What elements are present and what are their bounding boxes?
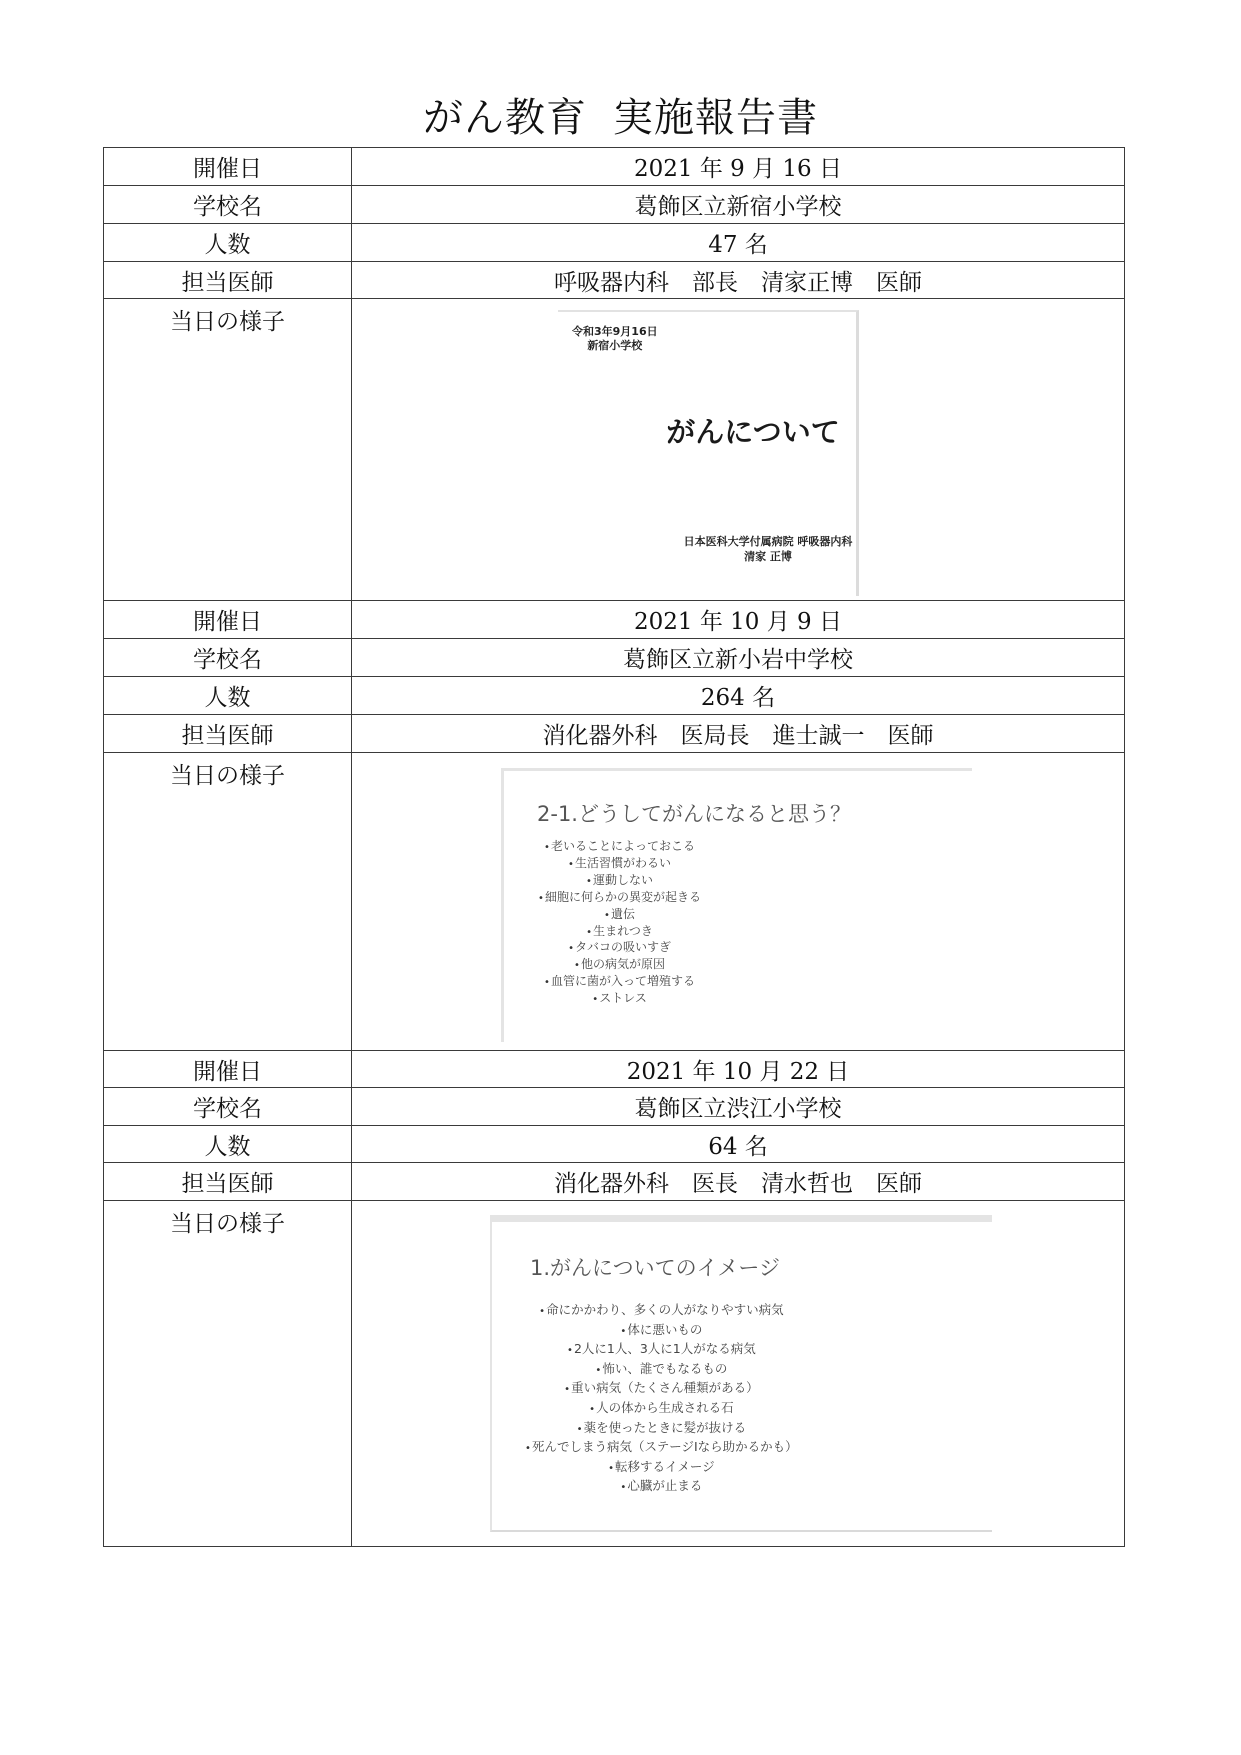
report-2-count: 264 名 [352,677,1125,715]
report-3-school: 葛飾区立渋江小学校 [352,1088,1125,1126]
slide-image-title: 令和3年9月16日 新宿小学校 がんについて 日本医科大学付属病院 呼吸器内科 … [558,310,859,596]
slide-bullet: 転移するイメージ [524,1458,798,1478]
slide-bullet: 細胞に何らかの異変が起きる [537,890,701,907]
slide-bullet: タバコの吸いすぎ [537,940,701,957]
label-count: 人数 [104,1126,352,1163]
report-2-doctor: 消化器外科 医局長 進士誠一 医師 [352,715,1125,753]
report-1-scene: 令和3年9月16日 新宿小学校 がんについて 日本医科大学付属病院 呼吸器内科 … [352,299,1125,601]
report-2-date-row: 開催日 2021 年 10 月 9 日 [104,601,1125,639]
report-1-scene-row: 当日の様子 令和3年9月16日 新宿小学校 がんについて 日本医科大学付属病院 … [104,299,1125,601]
slide-bullet: 重い病気（たくさん種類がある） [524,1379,798,1399]
report-3-doctor-row: 担当医師 消化器外科 医長 清水哲也 医師 [104,1163,1125,1201]
report-1-doctor-row: 担当医師 呼吸器内科 部長 清家正博 医師 [104,262,1125,299]
report-3-scene-row: 当日の様子 1.がんについてのイメージ 命にかかわり、多くの人がなりやすい病気 … [104,1201,1125,1547]
slide-affiliation: 日本医科大学付属病院 呼吸器内科 [628,534,908,549]
report-3-count-row: 人数 64 名 [104,1126,1125,1163]
slide-bullet: 生活習慣がわるい [537,856,701,873]
report-1-school: 葛飾区立新宿小学校 [352,186,1125,224]
report-2-school-row: 学校名 葛飾区立新小岩中学校 [104,639,1125,677]
slide-presenter: 清家 正博 [628,549,908,564]
report-2-school: 葛飾区立新小岩中学校 [352,639,1125,677]
report-3-school-row: 学校名 葛飾区立渋江小学校 [104,1088,1125,1126]
label-doctor: 担当医師 [104,262,352,299]
slide-bullet-list: 命にかかわり、多くの人がなりやすい病気 体に悪いもの 2人に1人、3人に1人がな… [524,1301,798,1497]
label-scene: 当日の様子 [104,299,352,601]
report-1-date-row: 開催日 2021 年 9 月 16 日 [104,148,1125,186]
report-1-doctor: 呼吸器内科 部長 清家正博 医師 [352,262,1125,299]
slide-bullet: 体に悪いもの [524,1321,798,1341]
label-date: 開催日 [104,601,352,639]
slide-heading: がんについて [558,410,858,451]
slide-bullet: 人の体から生成される石 [524,1399,798,1419]
label-count: 人数 [104,677,352,715]
report-3-date: 2021 年 10 月 22 日 [352,1051,1125,1088]
label-doctor: 担当医師 [104,1163,352,1201]
slide-bullet: 老いることによっておこる [537,839,701,856]
report-2-scene-row: 当日の様子 2-1.どうしてがんになると思う？ 老いることによっておこる 生活習… [104,753,1125,1051]
report-3-doctor: 消化器外科 医長 清水哲也 医師 [352,1163,1125,1201]
report-2-count-row: 人数 264 名 [104,677,1125,715]
slide-heading: 2-1.どうしてがんになると思う？ [537,798,851,828]
slide-bullet: 心臓が止まる [524,1477,798,1497]
report-3-scene: 1.がんについてのイメージ 命にかかわり、多くの人がなりやすい病気 体に悪いもの… [352,1201,1125,1547]
report-2-date: 2021 年 10 月 9 日 [352,601,1125,639]
slide-bullet: 運動しない [537,873,701,890]
report-2-doctor-row: 担当医師 消化器外科 医局長 進士誠一 医師 [104,715,1125,753]
label-school: 学校名 [104,639,352,677]
report-3-date-row: 開催日 2021 年 10 月 22 日 [104,1051,1125,1088]
report-2-scene: 2-1.どうしてがんになると思う？ 老いることによっておこる 生活習慣がわるい … [352,753,1125,1051]
slide-bullet: 死んでしまう病気（ステージⅠなら助かるかも） [524,1438,798,1458]
label-doctor: 担当医師 [104,715,352,753]
slide-bullet: 怖い、誰でもなるもの [524,1360,798,1380]
slide-image-causes: 2-1.どうしてがんになると思う？ 老いることによっておこる 生活習慣がわるい … [501,768,972,1042]
report-1-school-row: 学校名 葛飾区立新宿小学校 [104,186,1125,224]
label-scene: 当日の様子 [104,1201,352,1547]
slide-bullet: 血管に菌が入って増殖する [537,974,701,991]
page-title: がん教育実施報告書 [0,86,1241,143]
label-count: 人数 [104,224,352,262]
slide-bullet: 生まれつき [537,924,701,941]
slide-bullet: 遺伝 [537,907,701,924]
label-school: 学校名 [104,1088,352,1126]
label-date: 開催日 [104,148,352,186]
label-scene: 当日の様子 [104,753,352,1051]
slide-heading: 1.がんについてのイメージ [530,1252,780,1282]
slide-bullet: 2人に1人、3人に1人がなる病気 [524,1340,798,1360]
label-school: 学校名 [104,186,352,224]
title-part-2: 実施報告書 [613,95,818,141]
slide-school-line: 新宿小学校 [572,339,658,353]
slide-date-line: 令和3年9月16日 [572,325,658,339]
label-date: 開催日 [104,1051,352,1088]
report-3-count: 64 名 [352,1126,1125,1163]
slide-bullet: 薬を使ったときに髪が抜ける [524,1419,798,1439]
slide-affiliation-block: 日本医科大学付属病院 呼吸器内科 清家 正博 [628,534,908,564]
slide-image-impressions: 1.がんについてのイメージ 命にかかわり、多くの人がなりやすい病気 体に悪いもの… [490,1215,992,1532]
slide-date-block: 令和3年9月16日 新宿小学校 [572,325,658,353]
slide-bullet: ストレス [537,991,701,1008]
report-table: 開催日 2021 年 9 月 16 日 学校名 葛飾区立新宿小学校 人数 47 … [103,147,1125,1547]
report-1-count: 47 名 [352,224,1125,262]
title-part-1: がん教育 [423,95,587,141]
report-1-date: 2021 年 9 月 16 日 [352,148,1125,186]
slide-bullet-list: 老いることによっておこる 生活習慣がわるい 運動しない 細胞に何らかの異変が起き… [537,839,701,1008]
report-1-count-row: 人数 47 名 [104,224,1125,262]
slide-bullet: 命にかかわり、多くの人がなりやすい病気 [524,1301,798,1321]
slide-bullet: 他の病気が原因 [537,957,701,974]
